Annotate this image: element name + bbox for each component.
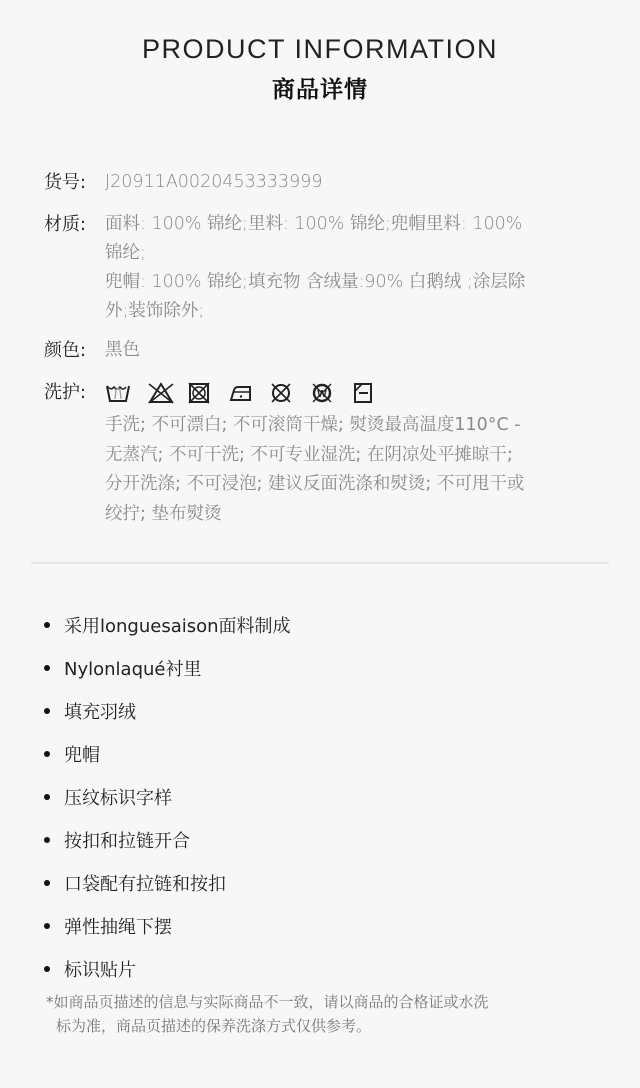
- bullet-icon: [44, 708, 50, 714]
- color-label: 颜色:: [44, 336, 105, 365]
- material-value: 面料: 100% 锦纶;里料: 100% 锦纶;兜帽里料: 100% 锦纶; 兜…: [105, 210, 525, 326]
- dry-flat-shade-icon: [351, 378, 392, 407]
- no-tumble-dry-icon: [187, 378, 228, 407]
- material-line: 面料: 100% 锦纶;里料: 100% 锦纶;兜帽里料: 100%: [105, 210, 525, 239]
- material-line: 外;装饰除外;: [105, 297, 525, 326]
- bullet-icon: [44, 966, 50, 972]
- no-wet-clean-icon: W: [310, 378, 351, 407]
- note-line: 标为准，商品页描述的保养洗涤方式仅供参考。: [46, 1014, 606, 1038]
- list-item: 弹性抽绳下摆: [44, 904, 291, 947]
- care-line: 绞拧; 垫布熨烫: [105, 500, 605, 530]
- bullet-icon: [44, 794, 50, 800]
- sku-label: 货号:: [44, 168, 105, 197]
- bullet-icon: [44, 880, 50, 886]
- care-line: 分开洗涤; 不可浸泡; 建议反面洗涤和熨烫; 不可甩干或: [105, 470, 605, 500]
- material-label: 材质:: [44, 210, 105, 239]
- material-row: 材质: 面料: 100% 锦纶;里料: 100% 锦纶;兜帽里料: 100% 锦…: [44, 210, 604, 336]
- bullet-icon: [44, 622, 50, 628]
- bullet-icon: [44, 751, 50, 757]
- color-row: 颜色: 黑色: [44, 336, 604, 378]
- color-value: 黑色: [105, 336, 140, 365]
- bullet-icon: [44, 923, 50, 929]
- section-divider: [31, 562, 609, 564]
- sku-row: 货号: J20911A0020453333999: [44, 168, 604, 210]
- product-info: 货号: J20911A0020453333999 材质: 面料: 100% 锦纶…: [44, 168, 604, 529]
- bullet-icon: [44, 665, 50, 671]
- material-line: 锦纶;: [105, 239, 525, 268]
- care-line: 手洗; 不可漂白; 不可滚筒干燥; 熨烫最高温度110°C -: [105, 411, 605, 441]
- hand-wash-icon: [105, 378, 146, 407]
- disclaimer-note: *如商品页描述的信息与实际商品不一致，请以商品的合格证或水洗 标为准，商品页描述…: [46, 990, 606, 1038]
- feature-list: 采用longuesaison面料制成 Nylonlaqué衬里 填充羽绒 兜帽 …: [44, 603, 291, 990]
- no-dry-clean-icon: [269, 378, 310, 407]
- title-chinese: 商品详情: [0, 75, 640, 105]
- note-line: *如商品页描述的信息与实际商品不一致，请以商品的合格证或水洗: [46, 993, 489, 1011]
- list-item: Nylonlaqué衬里: [44, 646, 291, 689]
- care-icons: W: [105, 378, 392, 407]
- bullet-icon: [44, 837, 50, 843]
- list-item: 压纹标识字样: [44, 775, 291, 818]
- list-item: 标识贴片: [44, 947, 291, 990]
- care-line: 无蒸汽; 不可干洗; 不可专业湿洗; 在阴凉处平摊晾干;: [105, 441, 605, 471]
- iron-low-icon: [228, 378, 269, 407]
- no-bleach-icon: [146, 378, 187, 407]
- list-item: 口袋配有拉链和按扣: [44, 861, 291, 904]
- sku-value: J20911A0020453333999: [105, 168, 323, 197]
- care-row: 洗护: W: [44, 378, 604, 407]
- page-header: PRODUCT INFORMATION 商品详情: [0, 0, 640, 105]
- list-item: 填充羽绒: [44, 689, 291, 732]
- list-item: 采用longuesaison面料制成: [44, 603, 291, 646]
- care-label: 洗护:: [44, 378, 105, 407]
- list-item: 兜帽: [44, 732, 291, 775]
- material-line: 兜帽: 100% 锦纶;填充物 含绒量:90% 白鹅绒 ;涂层除: [105, 268, 525, 297]
- care-instructions: 手洗; 不可漂白; 不可滚筒干燥; 熨烫最高温度110°C - 无蒸汽; 不可干…: [105, 411, 605, 529]
- title-english: PRODUCT INFORMATION: [0, 33, 640, 65]
- list-item: 按扣和拉链开合: [44, 818, 291, 861]
